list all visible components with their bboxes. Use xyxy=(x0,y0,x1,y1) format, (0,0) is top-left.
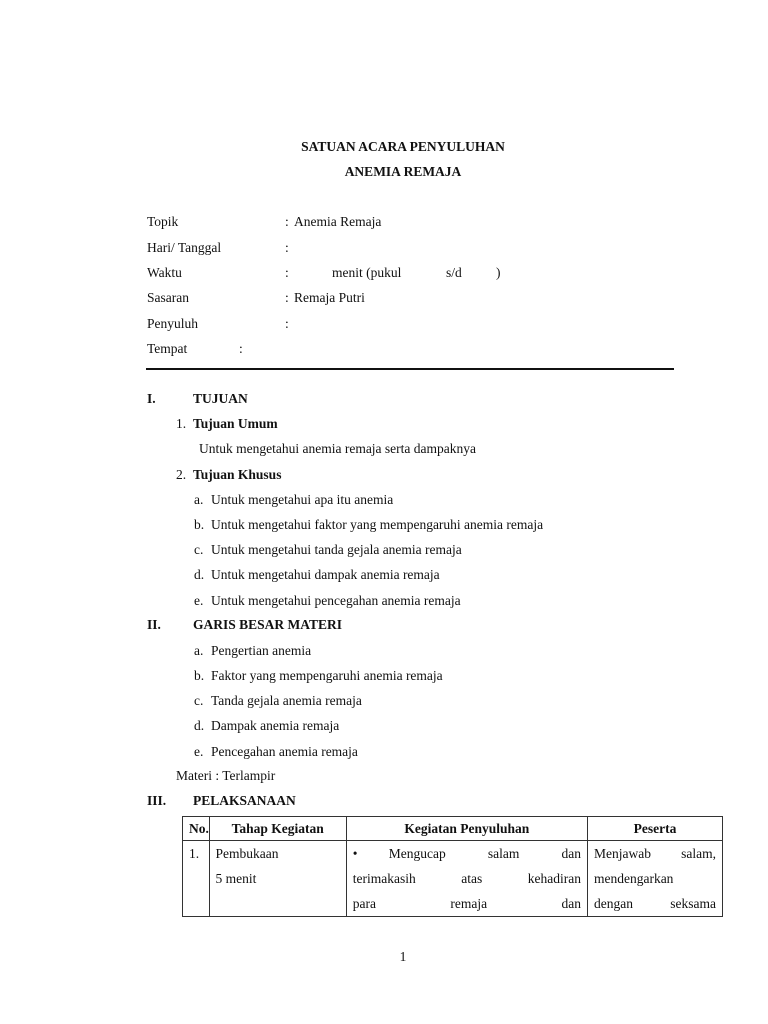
list-item: Untuk mengetahui dampak anemia remaja xyxy=(211,568,440,582)
info-label-topik: Topik xyxy=(147,215,178,229)
list-item-letter: a. xyxy=(194,493,203,507)
materi-note: Materi : Terlampir xyxy=(176,769,275,783)
info-sep: : xyxy=(285,241,289,255)
kegiatan-line: terimakasih atas kehadiran xyxy=(353,866,581,891)
info-value-waktu-close: ) xyxy=(496,266,501,280)
list-item-letter: c. xyxy=(194,694,203,708)
section-title-tujuan: TUJUAN xyxy=(193,392,248,406)
info-sep: : xyxy=(285,317,289,331)
column-header-peserta: Peserta xyxy=(587,817,722,841)
subsection-title-khusus: Tujuan Khusus xyxy=(193,468,281,482)
column-header-kegiatan-penyuluhan: Kegiatan Penyuluhan xyxy=(346,817,587,841)
list-item-letter: e. xyxy=(194,594,203,608)
peserta-line: Menjawab salam, xyxy=(594,841,716,866)
horizontal-divider xyxy=(146,368,674,370)
bullet-icon: • xyxy=(353,841,375,866)
subsection-title-umum: Tujuan Umum xyxy=(193,417,278,431)
column-header-no: No. xyxy=(183,817,210,841)
subsection-number-umum: 1. xyxy=(176,417,186,431)
list-item-letter: c. xyxy=(194,543,203,557)
list-item-letter: b. xyxy=(194,518,204,532)
info-label-penyuluh: Penyuluh xyxy=(147,317,198,331)
cell-no: 1. xyxy=(183,841,210,917)
list-item-letter: d. xyxy=(194,719,204,733)
list-item: Pengertian anemia xyxy=(211,644,311,658)
pelaksanaan-table: No. Tahap Kegiatan Kegiatan Penyuluhan P… xyxy=(182,816,723,917)
cell-peserta: Menjawab salam, mendengarkan dengan seks… xyxy=(587,841,722,917)
peserta-line: mendengarkan xyxy=(594,866,716,891)
list-item-letter: a. xyxy=(194,644,203,658)
info-value-waktu: menit (pukul xyxy=(332,266,401,280)
list-item: Tanda gejala anemia remaja xyxy=(211,694,362,708)
info-value-sasaran: Remaja Putri xyxy=(294,291,365,305)
section-title-materi: GARIS BESAR MATERI xyxy=(193,618,342,632)
list-item: Dampak anemia remaja xyxy=(211,719,339,733)
table-row: 1. Pembukaan 5 menit • Mengucap salam da… xyxy=(183,841,723,917)
list-item-letter: d. xyxy=(194,568,204,582)
info-value-topik: Anemia Remaja xyxy=(294,215,381,229)
page-number: 1 xyxy=(0,950,768,964)
info-sep: : xyxy=(285,215,289,229)
info-value-waktu-sd: s/d xyxy=(446,266,462,280)
cell-kegiatan: • Mengucap salam dan terimakasih atas ke… xyxy=(346,841,587,917)
kegiatan-line: para remaja dan xyxy=(353,891,581,916)
list-item-letter: e. xyxy=(194,745,203,759)
row-number: 1. xyxy=(189,846,199,861)
peserta-line: dengan seksama xyxy=(594,891,716,916)
list-item: Pencegahan anemia remaja xyxy=(211,745,358,759)
info-label-waktu: Waktu xyxy=(147,266,182,280)
section-number-pelaksanaan: III. xyxy=(147,794,166,808)
kegiatan-line: Mengucap salam dan xyxy=(375,841,581,866)
tujuan-umum-text: Untuk mengetahui anemia remaja serta dam… xyxy=(199,442,476,456)
cell-tahap: Pembukaan 5 menit xyxy=(209,841,346,917)
list-item: Untuk mengetahui tanda gejala anemia rem… xyxy=(211,543,462,557)
list-item: Untuk mengetahui apa itu anemia xyxy=(211,493,393,507)
document-title: SATUAN ACARA PENYULUHAN xyxy=(0,140,768,154)
list-item-letter: b. xyxy=(194,669,204,683)
info-label-tempat: Tempat xyxy=(147,342,187,356)
section-title-pelaksanaan: PELAKSANAAN xyxy=(193,794,296,808)
list-item: Untuk mengetahui faktor yang mempengaruh… xyxy=(211,518,543,532)
section-number-materi: II. xyxy=(147,618,161,632)
info-sep: : xyxy=(285,291,289,305)
info-label-sasaran: Sasaran xyxy=(147,291,189,305)
tahap-duration: 5 menit xyxy=(216,866,340,891)
section-number-tujuan: I. xyxy=(147,392,156,406)
info-sep: : xyxy=(239,342,243,356)
info-sep: : xyxy=(285,266,289,280)
column-header-tahap-kegiatan: Tahap Kegiatan xyxy=(209,817,346,841)
info-label-hari-tanggal: Hari/ Tanggal xyxy=(147,241,221,255)
list-item: Untuk mengetahui pencegahan anemia remaj… xyxy=(211,594,461,608)
document-subtitle: ANEMIA REMAJA xyxy=(0,165,768,179)
subsection-number-khusus: 2. xyxy=(176,468,186,482)
tahap-name: Pembukaan xyxy=(216,841,340,866)
table-header-row: No. Tahap Kegiatan Kegiatan Penyuluhan P… xyxy=(183,817,723,841)
list-item: Faktor yang mempengaruhi anemia remaja xyxy=(211,669,443,683)
